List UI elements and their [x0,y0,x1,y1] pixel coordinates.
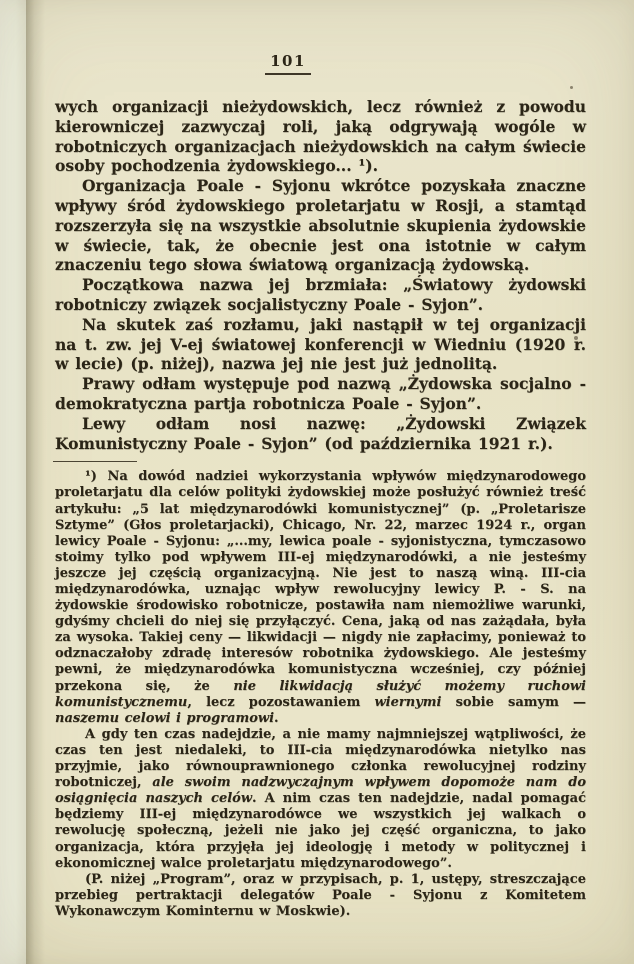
paragraph: wych organizacji nieżydowskich, lecz rów… [55,97,586,176]
text-run: , lecz pozostawaniem [187,695,374,710]
text-run: sobie samym — [441,695,586,710]
italic-run: wiernymi [374,695,441,710]
gutter-shadow [26,0,45,964]
footnote-paragraph: ¹) Na dowód nadziei wykorzystania wpływó… [55,469,586,727]
paper-speck [544,144,548,146]
paragraph: Organizacja Poale - Syjonu wkrótce pozys… [55,176,586,275]
book-gutter-edge [0,0,26,964]
footnote-text: ¹) Na dowód nadziei wykorzystania wpływó… [55,469,586,920]
text-run: (P. niżej „Program”, oraz w przypisach, … [55,872,586,919]
paragraph: Na skutek zaś rozłamu, jaki nastąpił w t… [55,315,586,374]
paragraph: Prawy odłam występuje pod nazwą „Żydowsk… [55,374,586,414]
italic-run: naszemu celowi i programowi [55,711,274,726]
paper-speck [570,86,573,89]
paper-speck [574,336,578,340]
footnote-paragraph: (P. niżej „Program”, oraz w przypisach, … [55,872,586,920]
scanned-page: 101 wych organizacji nieżydowskich, lecz… [0,0,634,964]
page-header: 101 [256,51,320,75]
page-number: 101 [265,52,311,75]
page-body: wych organizacji nieżydowskich, lecz rów… [55,97,586,920]
paragraph: Lewy odłam nosi nazwę: „Żydowski Związek… [55,414,586,454]
footnote-paragraph: A gdy ten czas nadejdzie, a nie mamy naj… [55,727,586,872]
text-run: ¹) Na dowód nadziei wykorzystania wpływó… [55,469,586,693]
main-text: wych organizacji nieżydowskich, lecz rów… [55,97,586,453]
paragraph: Początkowa nazwa jej brzmiała: „Światowy… [55,275,586,315]
text-run: . [274,711,279,726]
footnote-divider [53,461,137,462]
